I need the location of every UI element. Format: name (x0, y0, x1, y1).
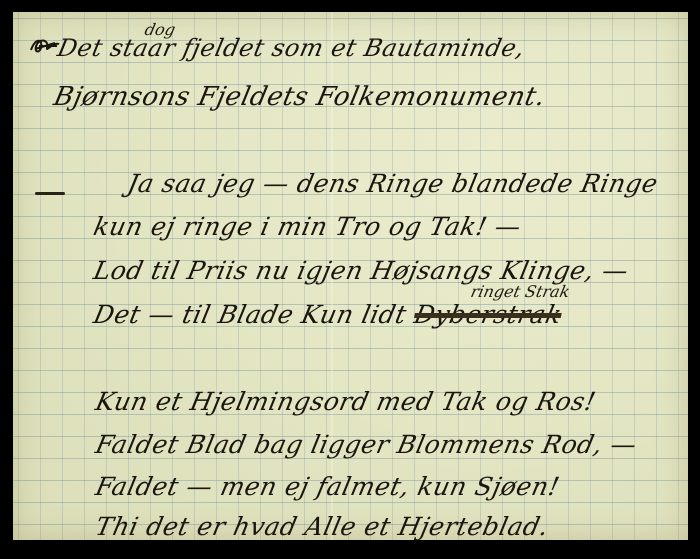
manuscript-line: Faldet — men ej falmet, kun Sjøen! (93, 472, 562, 501)
manuscript-line: kun ej ringe i min Tro og Tak! — (91, 212, 524, 241)
manuscript-line: Det — til Blade Kun lidt Dyberstrak (91, 300, 565, 329)
manuscript-line: Det staar fjeldet som et Bautaminde, (55, 34, 527, 62)
interlinear-insertion: ringet Strak (469, 282, 572, 301)
line-text: Det — til Blade Kun lidt (91, 300, 409, 329)
manuscript-line: Thi det er hvad Alle et Hjerteblad. (93, 512, 552, 541)
manuscript-page: dog Det staar fjeldet som et Bautaminde,… (13, 12, 688, 540)
manuscript-line: Kun et Hjelmingsord med Tak og Ros! (93, 387, 599, 416)
manuscript-line: Ja saa jeg — dens Ringe blandede Ringe (125, 169, 661, 198)
struck-out-text: Dyberstrak (412, 300, 565, 329)
manuscript-line: Faldet Blad bag ligger Blommens Rod, — (93, 430, 640, 459)
manuscript-line: Lod til Priis nu igjen Højsangs Klinge, … (91, 256, 631, 285)
manuscript-line: Bjørnsons Fjeldets Folkemonument. (51, 82, 548, 112)
lead-dash (35, 192, 65, 195)
